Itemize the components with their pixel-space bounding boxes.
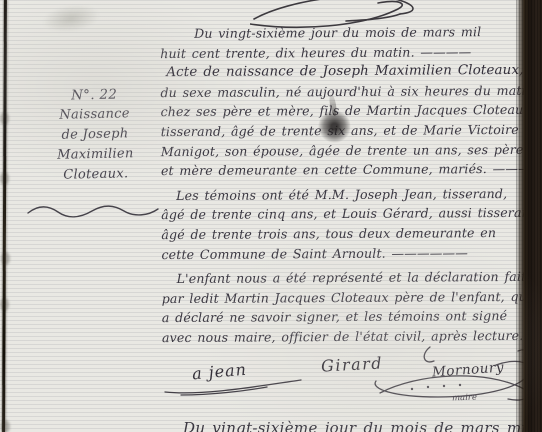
act-line: âgé de trente cinq ans, et Louis Gérard,… (161, 203, 523, 225)
act-line: Du vingt-sixième jour du mois de mars mi… (160, 22, 522, 44)
act-line: Acte de naissance de Joseph Maximilien C… (160, 61, 522, 83)
binding-edge (2, 0, 7, 432)
act-line: cette Commune de Saint Arnoult. —————— (161, 242, 523, 264)
act-line: par ledit Martin Jacques Cloteaux père d… (162, 287, 524, 309)
margin-note-line: Cloteaux. (25, 164, 167, 187)
signature-jean: a jean (191, 360, 247, 384)
margin-flourish (26, 203, 160, 218)
register-page: N°. 22 Naissance de Joseph Maximilien Cl… (0, 0, 542, 432)
signature-girard: Girard (321, 353, 384, 375)
margin-note: N°. 22 Naissance de Joseph Maximilien Cl… (23, 84, 167, 187)
act-line: et mère demeurante en cette Commune, mar… (161, 159, 523, 181)
stamp-smudge (40, 1, 101, 36)
act-line: Manigot, son épouse, âgée de trente un a… (161, 139, 523, 161)
next-act-first-line: Du vingt-sixième jour du mois de mars mi… (183, 419, 523, 432)
act-line: a déclaré ne savoir signer, et les témoi… (162, 306, 524, 328)
act-line: âgé de trente trois ans, tous deux demeu… (161, 223, 523, 245)
act-line: huit cent trente, dix heures du matin. —… (160, 41, 522, 63)
act-line: Les témoins ont été M.M. Joseph Jean, ti… (161, 184, 523, 206)
act-line: du sexe masculin, né aujourd'hui à six h… (160, 81, 522, 103)
signature-jean-flourish (163, 378, 305, 396)
mayor-title: maire (452, 393, 477, 404)
signature-mayor: Mornoury (432, 360, 505, 381)
act-line: avec nous maire, officier de l'état civi… (162, 326, 524, 348)
act-text: Du vingt-sixième jour du mois de mars mi… (160, 22, 524, 348)
act-line: L'enfant nous a été représenté et la déc… (162, 267, 524, 289)
page-gutter (516, 0, 542, 432)
